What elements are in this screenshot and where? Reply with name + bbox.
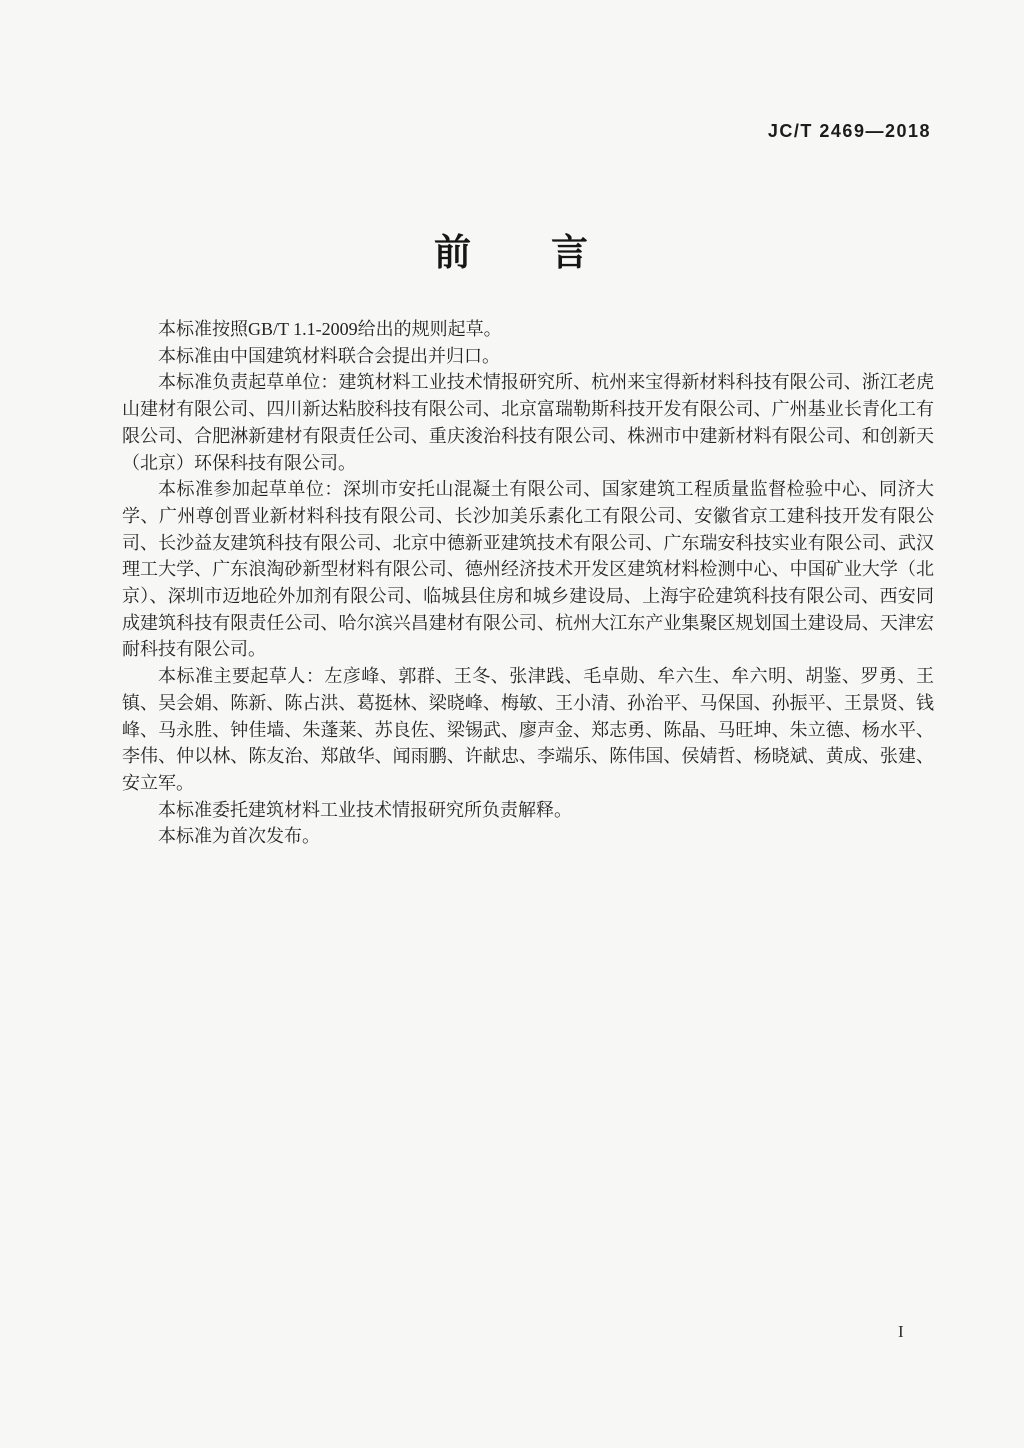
paragraph-proposing-body: 本标准由中国建筑材料联合会提出并归口。 [122, 343, 934, 370]
standard-code-header: JC/T 2469—2018 [768, 121, 931, 142]
foreword-content: 本标准按照GB/T 1.1-2009给出的规则起草。 本标准由中国建筑材料联合会… [122, 316, 934, 850]
paragraph-main-drafters: 本标准主要起草人：左彦峰、郭群、王冬、张津践、毛卓勋、牟六生、牟六明、胡鉴、罗勇… [122, 663, 934, 797]
paragraph-drafting-rule: 本标准按照GB/T 1.1-2009给出的规则起草。 [122, 316, 934, 343]
page-title: 前 言 [0, 222, 1024, 276]
paragraph-responsible-units: 本标准负责起草单位：建筑材料工业技术情报研究所、杭州来宝得新材料科技有限公司、浙… [122, 369, 934, 476]
paragraph-interpretation: 本标准委托建筑材料工业技术情报研究所负责解释。 [122, 797, 934, 824]
document-page: JC/T 2469—2018 前 言 本标准按照GB/T 1.1-2009给出的… [0, 0, 1024, 1448]
page-number: I [898, 1322, 904, 1342]
paragraph-participating-units: 本标准参加起草单位：深圳市安托山混凝土有限公司、国家建筑工程质量监督检验中心、同… [122, 476, 934, 663]
paragraph-first-release: 本标准为首次发布。 [122, 823, 934, 850]
